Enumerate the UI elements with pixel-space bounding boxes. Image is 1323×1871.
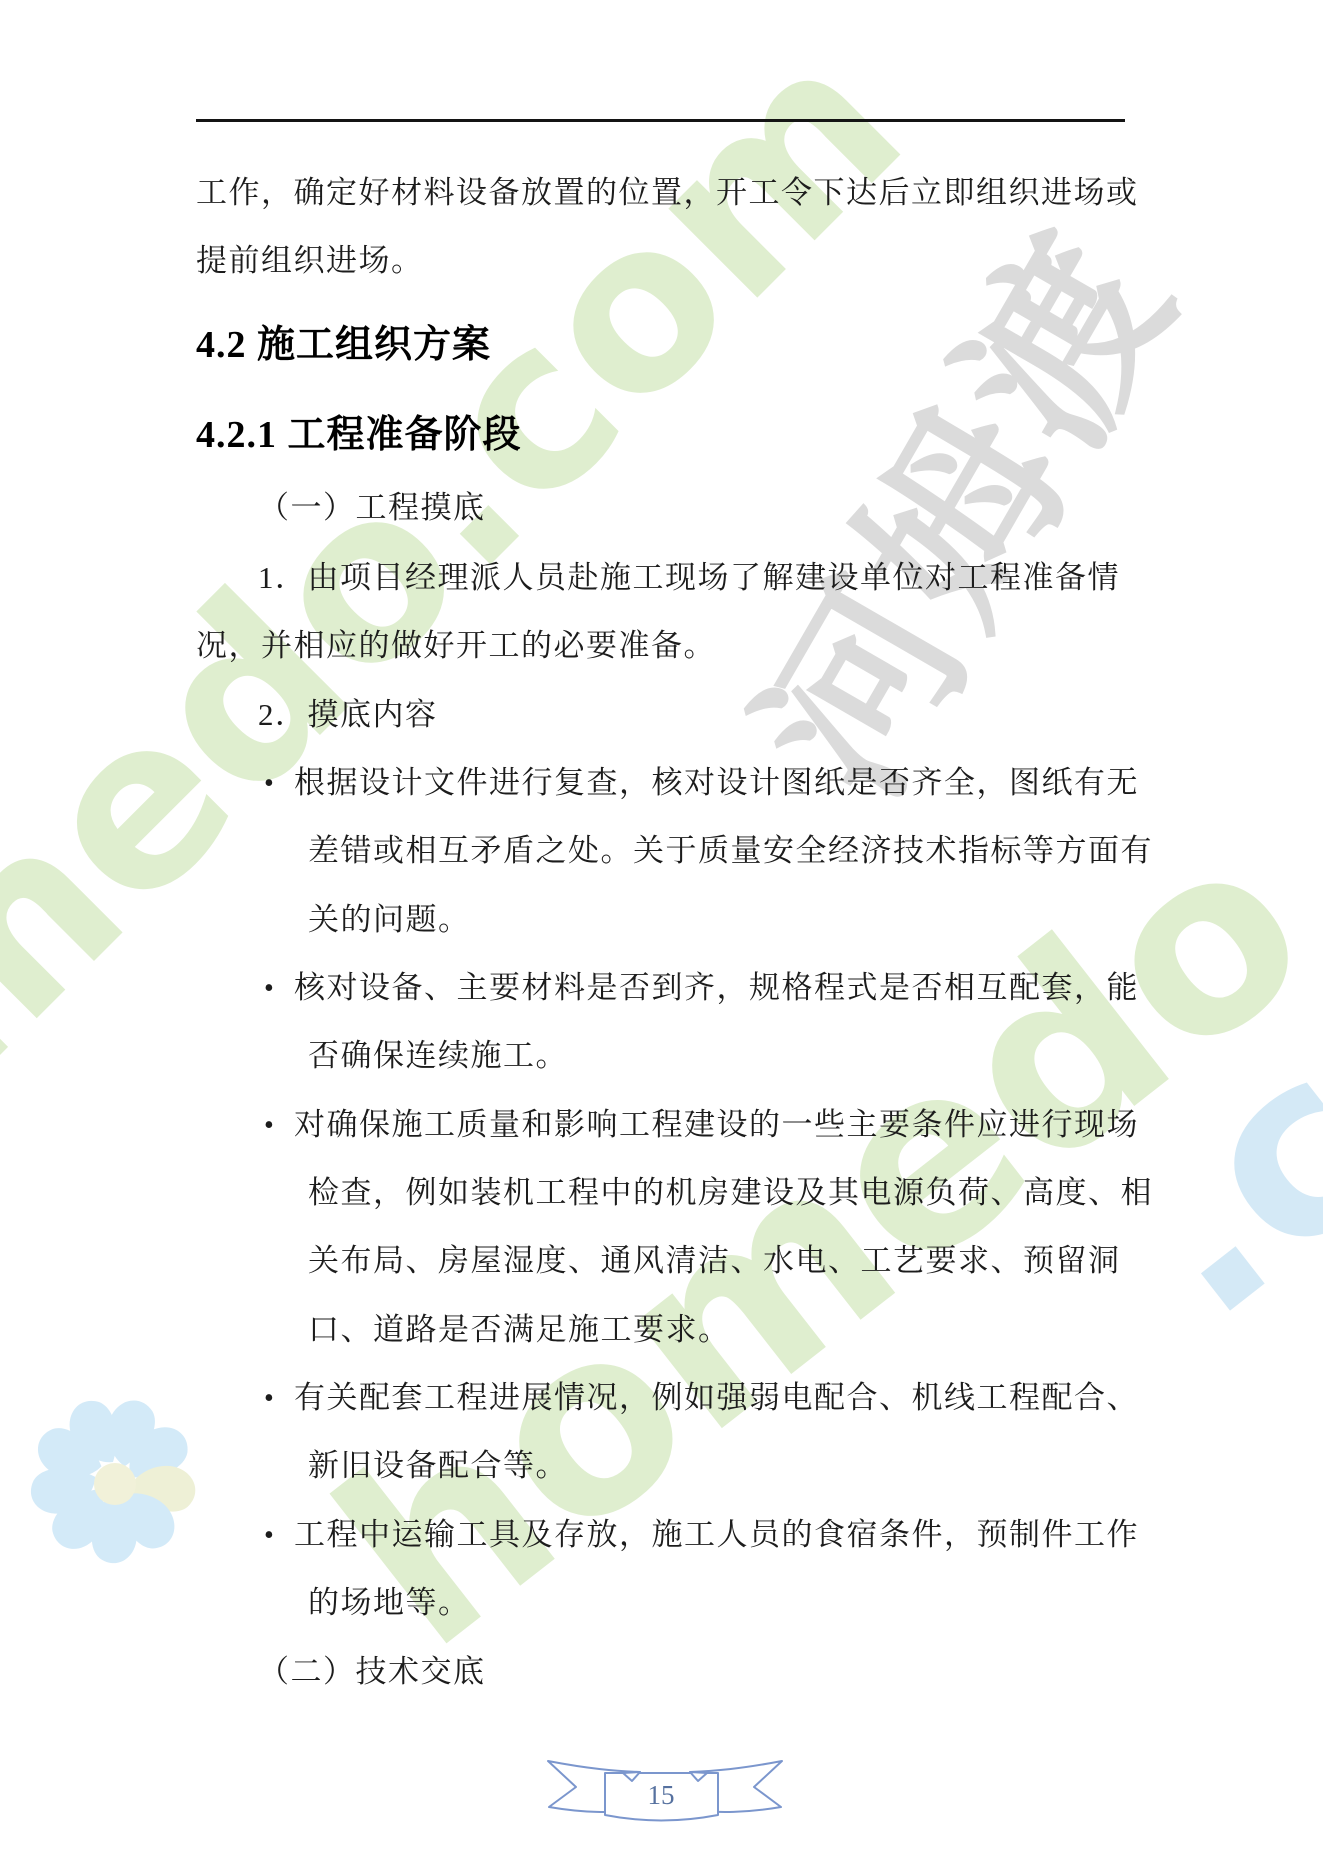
bullet-text: 工程中运输工具及存放，施工人员的食宿条件，预制件工作 — [294, 1517, 1139, 1552]
body-line: 提前组织进场。 — [196, 242, 424, 280]
subsection-heading-4-2-1: 4.2.1 工程准备阶段 — [196, 412, 522, 458]
body-line: 新旧设备配合等。 — [308, 1447, 568, 1485]
body-line: 工作，确定好材料设备放置的位置，开工令下达后立即组织进场或 — [196, 174, 1139, 212]
body-line: 否确保连续施工。 — [308, 1037, 568, 1075]
bullet-icon: • — [264, 1380, 294, 1418]
body-line: 的场地等。 — [308, 1584, 471, 1622]
body-line: 口、道路是否满足施工要求。 — [308, 1311, 731, 1349]
watermark-hemudu-gray: 河姆渡 — [732, 204, 1202, 824]
bullet-line: •工程中运输工具及存放，施工人员的食宿条件，预制件工作 — [264, 1516, 1139, 1555]
bullet-text: 根据设计文件进行复查，核对设计图纸是否齐全，图纸有无 — [294, 765, 1139, 800]
body-line: 检查，例如装机工程中的机房建设及其电源负荷、高度、相 — [308, 1174, 1153, 1212]
bullet-line: •核对设备、主要材料是否到齐，规格程式是否相互配套，能 — [264, 969, 1139, 1008]
body-line: （二）技术交底 — [258, 1653, 486, 1691]
body-line: 2．摸底内容 — [258, 696, 438, 734]
body-line: 1．由项目经理派人员赴施工现场了解建设单位对工程准备情 — [258, 559, 1120, 597]
bullet-text: 核对设备、主要材料是否到齐，规格程式是否相互配套，能 — [294, 970, 1139, 1005]
bullet-line: •根据设计文件进行复查，核对设计图纸是否齐全，图纸有无 — [264, 764, 1139, 803]
bullet-icon: • — [264, 1517, 294, 1555]
page-number: 15 — [648, 1780, 675, 1810]
body-line: 差错或相互矛盾之处。关于质量安全经济技术指标等方面有 — [308, 832, 1153, 870]
bullet-icon: • — [264, 1107, 294, 1145]
body-line: （一）工程摸底 — [258, 489, 486, 527]
bullet-icon: • — [264, 970, 294, 1008]
homedo-flower-logo — [13, 1378, 213, 1583]
header-rule — [196, 119, 1125, 122]
bullet-text: 有关配套工程进展情况，例如强弱电配合、机线工程配合、 — [294, 1380, 1139, 1415]
bullet-line: •有关配套工程进展情况，例如强弱电配合、机线工程配合、 — [264, 1379, 1139, 1418]
page-number-ribbon: 15 — [545, 1756, 785, 1828]
body-line: 况，并相应的做好开工的必要准备。 — [196, 627, 716, 665]
bullet-line: •对确保施工质量和影响工程建设的一些主要条件应进行现场 — [264, 1106, 1139, 1145]
bullet-text: 对确保施工质量和影响工程建设的一些主要条件应进行现场 — [294, 1107, 1139, 1142]
flower-petals — [27, 1391, 203, 1569]
bullet-icon: • — [264, 765, 294, 803]
document-page: homedo.com 河姆渡 homedo .com 工作，确定好材料设备放置的… — [0, 0, 1323, 1871]
body-line: 关的问题。 — [308, 901, 471, 939]
section-heading-4-2: 4.2 施工组织方案 — [196, 322, 491, 368]
body-line: 关布局、房屋湿度、通风清洁、水电、工艺要求、预留洞 — [308, 1242, 1121, 1280]
flower-center — [94, 1463, 136, 1505]
